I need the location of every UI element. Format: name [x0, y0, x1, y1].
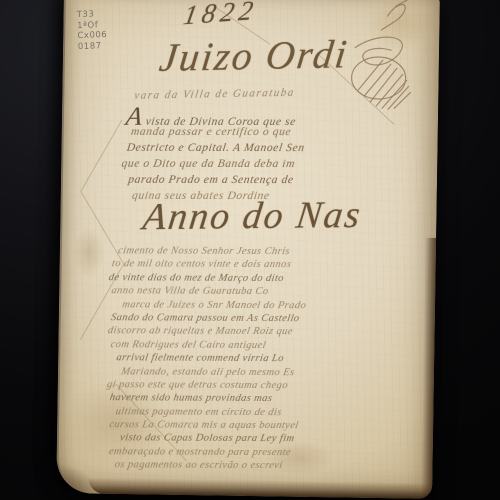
manuscript-line: os pagamentos ao escrivão o escrevi	[113, 460, 389, 475]
manuscript-line: haverem sido humas provindas mas	[108, 393, 390, 408]
manuscript-line: to de mil oito centos vinte e dois annos	[111, 259, 393, 274]
manuscript-line: discorro ab riqueltas e Manoel Roiz que	[107, 326, 392, 341]
manuscript-line: Destricto e Capital. A Manoel Sen	[125, 142, 390, 158]
page-subtitle-script: vara da Villa de Guaratuba	[133, 87, 295, 102]
manuscript-line: manda passar e certifico o que	[130, 126, 391, 142]
photo-backdrop: T33 1ªOf Cx006 0187 1822 Juizo Ordi var	[0, 0, 500, 500]
burnt-edge	[421, 238, 436, 499]
page-title-script: Juizo Ordi	[100, 29, 408, 82]
manuscript-line: visto das Capas Dolosas para Ley fim	[119, 433, 390, 448]
manuscript-line: anno nesta Villa de Guaratuba Co	[110, 286, 392, 301]
manuscript-line: Mariando, estando ali pelo mesmo Es	[120, 366, 391, 381]
body-paragraph: cimento de Nosso Senhor Jesus Chris to d…	[108, 244, 392, 476]
manuscript-line: parado Prado em a Sentença de	[127, 174, 390, 190]
manuscript-page: T33 1ªOf Cx006 0187 1822 Juizo Ordi var	[56, 0, 440, 499]
archival-reference: T33 1ªOf Cx006 0187	[77, 9, 108, 52]
year-inscription: 1822	[181, 0, 260, 31]
archival-ref-line: Cx006	[77, 30, 107, 42]
manuscript-line: arrival fielmente commend virria Lo	[115, 353, 391, 368]
manuscript-line: que o Dito que da Banda deba im	[120, 158, 390, 174]
section-heading-script: Anno do Nas	[100, 192, 406, 239]
manuscript-line: A vista de Divina Coroa que se	[125, 110, 391, 126]
manuscript-line: marca de Juizes o Snr Manoel do Prado	[121, 299, 392, 314]
burnt-edge	[88, 478, 432, 499]
